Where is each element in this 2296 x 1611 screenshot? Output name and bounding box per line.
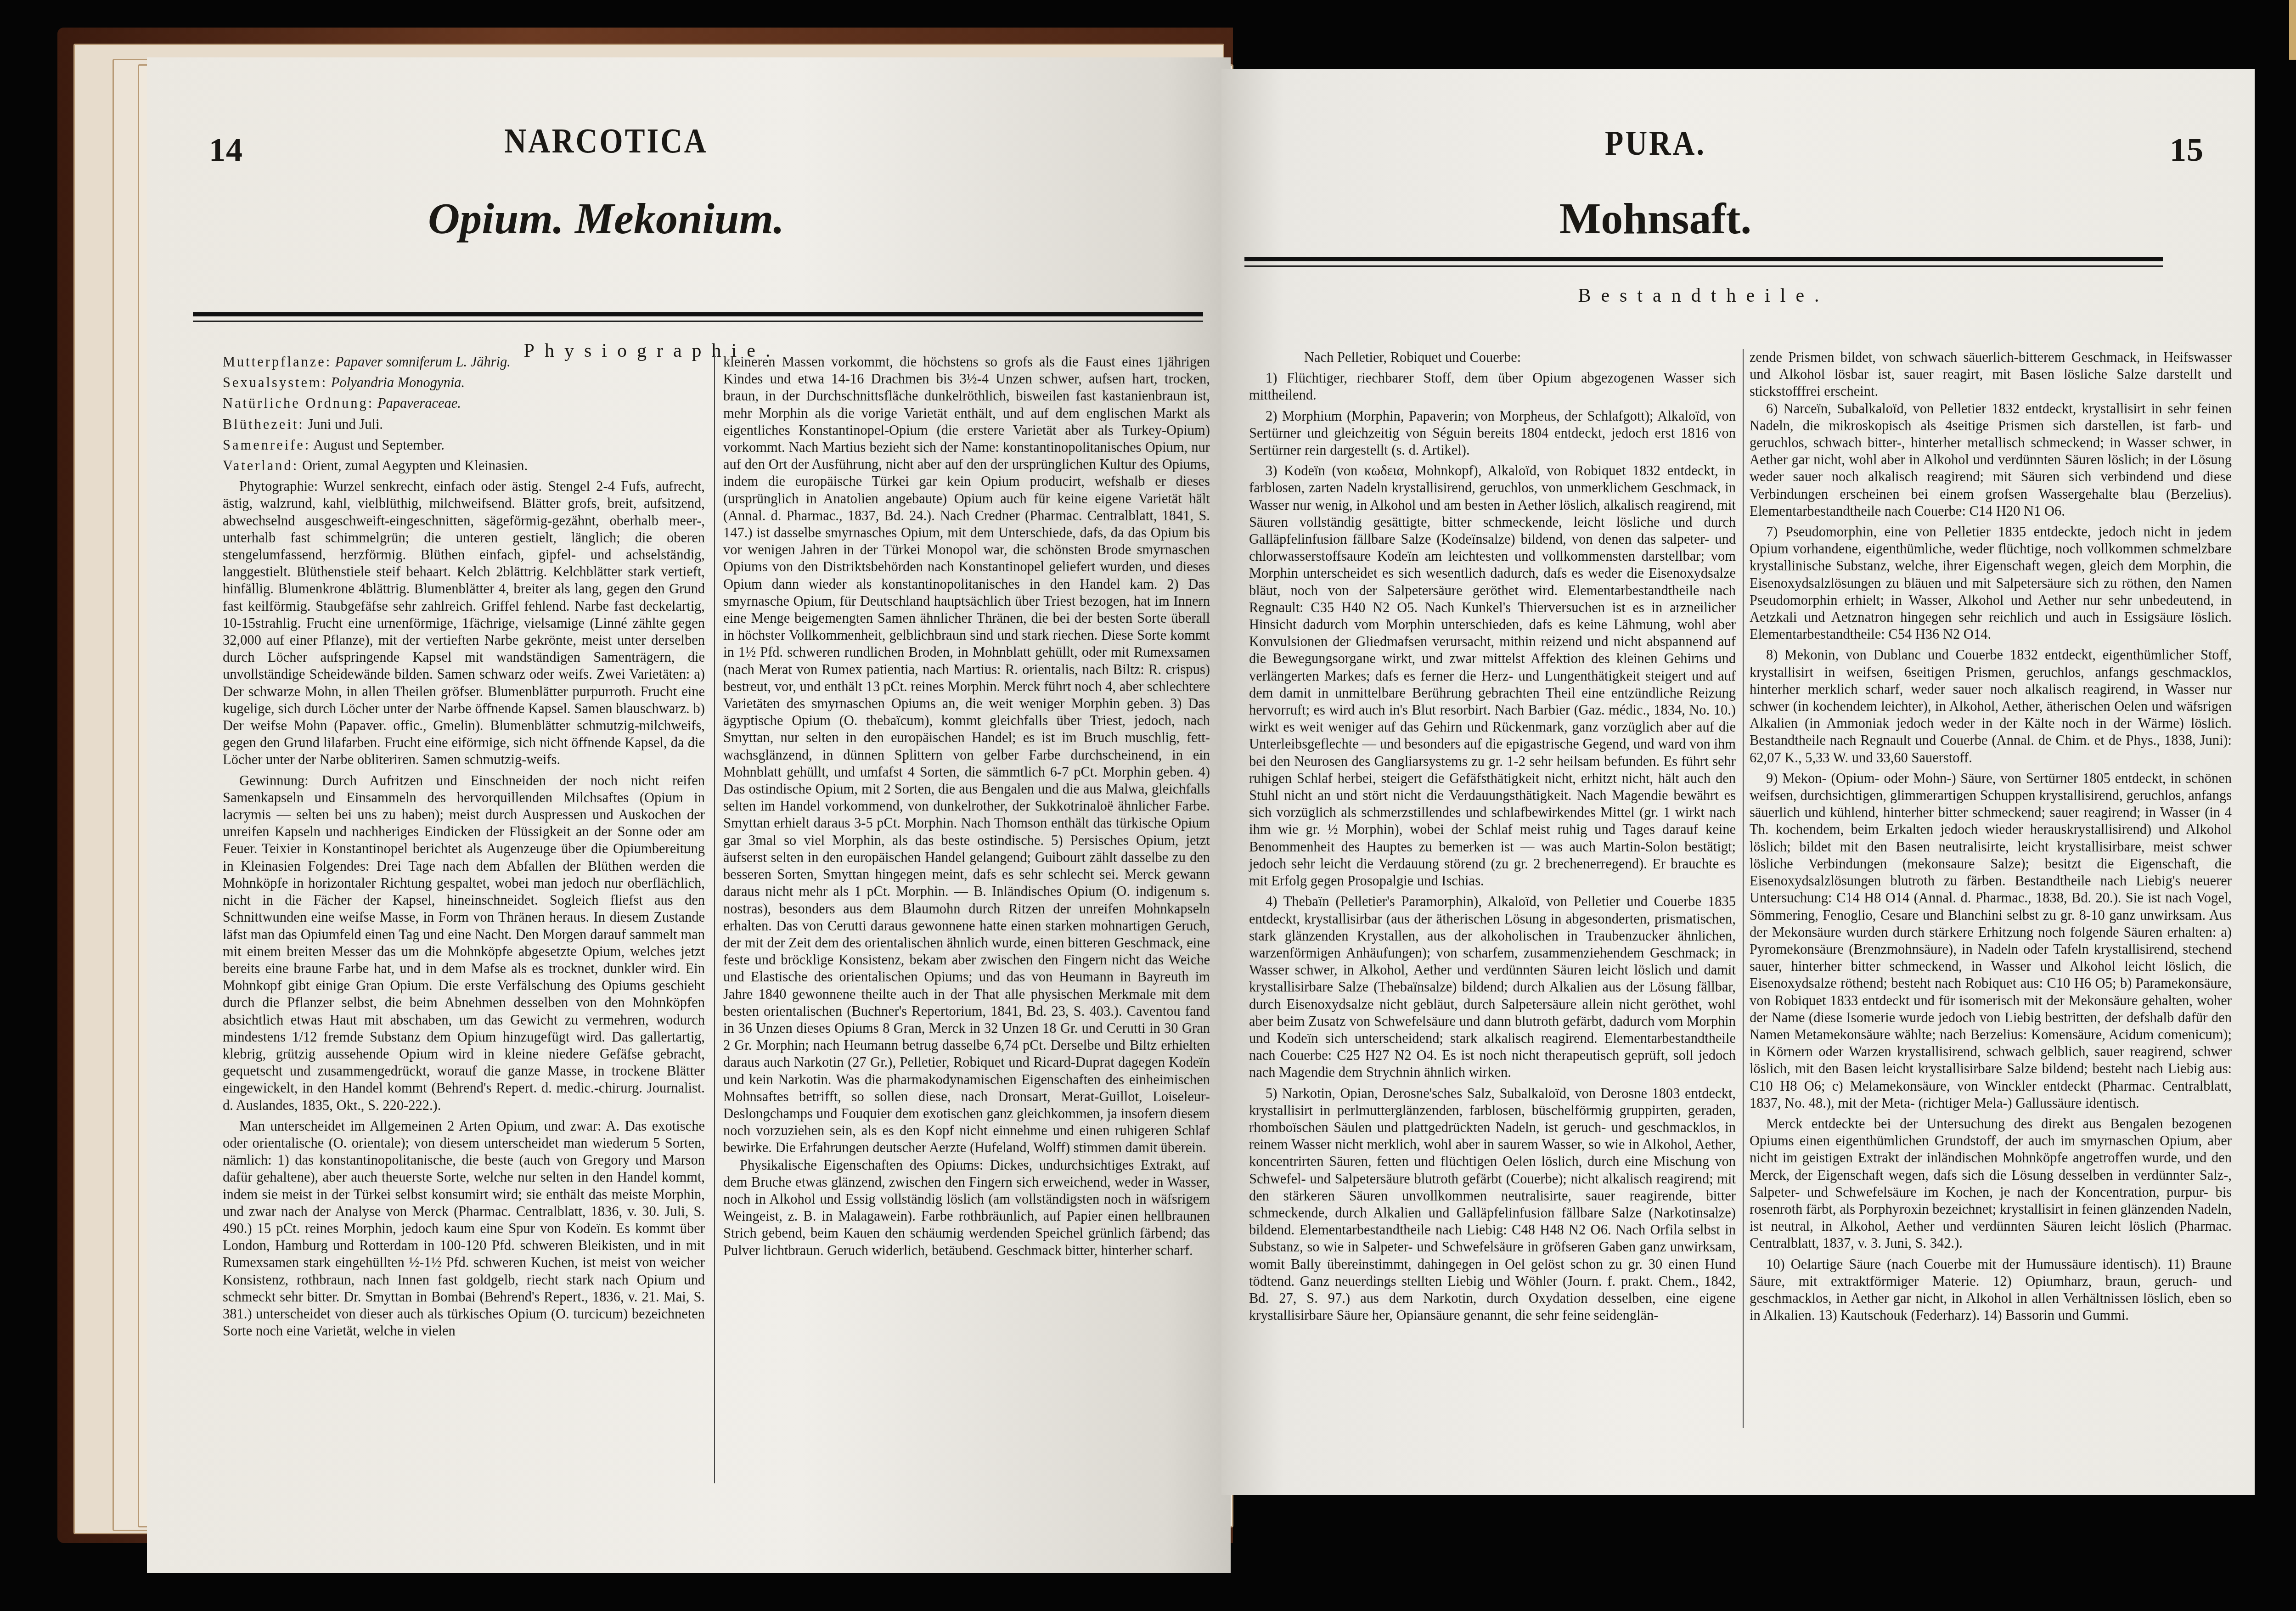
fact-label: Samenreife:	[223, 437, 310, 453]
text-column-left-2: kleineren Massen vorkommt, die höchstens…	[723, 354, 1210, 1263]
fact-value: Papaveraceae.	[377, 395, 461, 411]
fact-value: Polyandria Monogynia.	[331, 375, 465, 390]
left-page: 14 NARCOTICA Opium. Mekonium. Physiograp…	[147, 57, 1231, 1573]
paragraph-item-5: 5) Narkotin, Opian, Derosne'sches Salz, …	[1249, 1085, 1736, 1324]
paragraph-continuation: zende Prismen bildet, von schwach säuerl…	[1750, 349, 2232, 400]
paragraph-varieties: kleineren Massen vorkommt, die höchstens…	[723, 354, 1210, 1157]
page-title: Opium. Mekonium.	[147, 193, 1231, 244]
fact-value: Papaver somniferum L. Jährig.	[335, 354, 511, 370]
fact-value: Orient, zumal Aegypten und Kleinasien.	[302, 458, 528, 473]
running-head: PURA.	[1221, 124, 2255, 163]
column-divider	[714, 354, 715, 1483]
column-divider	[1743, 349, 1744, 1428]
bookmark-ribbon	[2289, 0, 2296, 60]
fact-label: Vaterland:	[223, 458, 298, 473]
fact-item: Samenreife: August und September.	[223, 437, 705, 454]
page-number: 15	[2170, 131, 2204, 169]
text-column-left-1: Mutterpflanze: Papaver somniferum L. Jäh…	[223, 354, 705, 1343]
paragraph-arten: Man unterscheidet im Allgemeinen 2 Arten…	[223, 1118, 705, 1340]
paragraph-item-1: 1) Flüchtiger, riechbarer Stoff, dem übe…	[1249, 370, 1736, 404]
fact-label: Natürliche Ordnung:	[223, 395, 374, 411]
fact-item: Sexualsystem: Polyandria Monogynia.	[223, 374, 705, 391]
paragraph-physical-properties: Physikalische Eigenschaften des Opiums: …	[723, 1157, 1210, 1259]
paragraph-item-8: 8) Mekonin, von Dublanc und Couerbe 1832…	[1750, 647, 2232, 766]
running-head-text: NARCOTICA	[504, 122, 708, 160]
paragraph-merck: Merck entdeckte bei der Untersuchung des…	[1750, 1115, 2232, 1252]
fact-item: Natürliche Ordnung: Papaveraceae.	[223, 395, 705, 412]
intro-line: Nach Pelletier, Robiquet und Couerbe:	[1249, 349, 1736, 366]
paragraph-item-7: 7) Pseudomorphin, eine von Pelletier 183…	[1750, 524, 2232, 643]
fact-label: Sexualsystem:	[223, 375, 327, 390]
paragraph-item-2: 2) Morphium (Morphin, Papaverin; von Mor…	[1249, 408, 1736, 459]
paragraph-gewinnung: Gewinnung: Durch Aufritzen und Einschnei…	[223, 772, 705, 1114]
text-column-right-1: Nach Pelletier, Robiquet und Couerbe: 1)…	[1249, 349, 1736, 1328]
page-title: Mohnsaft.	[1221, 193, 2255, 244]
paragraph-item-4: 4) Thebaïn (Pelletier's Paramorphin), Al…	[1249, 893, 1736, 1081]
fact-item: Vaterland: Orient, zumal Aegypten und Kl…	[223, 457, 705, 474]
paragraph-items-10-14: 10) Oelartige Säure (nach Couerbe mit de…	[1750, 1256, 2232, 1324]
page-title-text: Opium. Mekonium.	[428, 194, 784, 243]
paragraph-item-3: 3) Kodeïn (von κωδεια, Mohnkopf), Alkalo…	[1249, 462, 1736, 890]
fact-item: Blüthezeit: Juni und Juli.	[223, 416, 705, 433]
paragraph-item-6: 6) Narceïn, Subalkaloïd, von Pelletier 1…	[1750, 400, 2232, 520]
double-rule	[1244, 257, 2163, 266]
fact-item: Mutterpflanze: Papaver somniferum L. Jäh…	[223, 354, 705, 371]
fact-list: Mutterpflanze: Papaver somniferum L. Jäh…	[223, 354, 705, 474]
fact-value: August und September.	[313, 437, 445, 453]
right-page: PURA. 15 Mohnsaft. Bestandtheile. Nach P…	[1221, 69, 2255, 1495]
running-head-text: PURA.	[1605, 124, 1706, 163]
paragraph-phytographie: Phytographie: Wurzel senkrecht, einfach …	[223, 478, 705, 768]
double-rule	[193, 312, 1203, 321]
running-head: NARCOTICA	[147, 121, 1231, 161]
text-column-right-2: zende Prismen bildet, von schwach säuerl…	[1750, 349, 2232, 1328]
section-heading: Bestandtheile.	[1244, 285, 2163, 307]
fact-value: Juni und Juli.	[308, 417, 383, 432]
paragraph-item-9: 9) Mekon- (Opium- oder Mohn-) Säure, von…	[1750, 770, 2232, 1112]
fact-label: Mutterpflanze:	[223, 354, 332, 370]
fact-label: Blüthezeit:	[223, 417, 304, 432]
page-title-text: Mohnsaft.	[1559, 194, 1752, 243]
